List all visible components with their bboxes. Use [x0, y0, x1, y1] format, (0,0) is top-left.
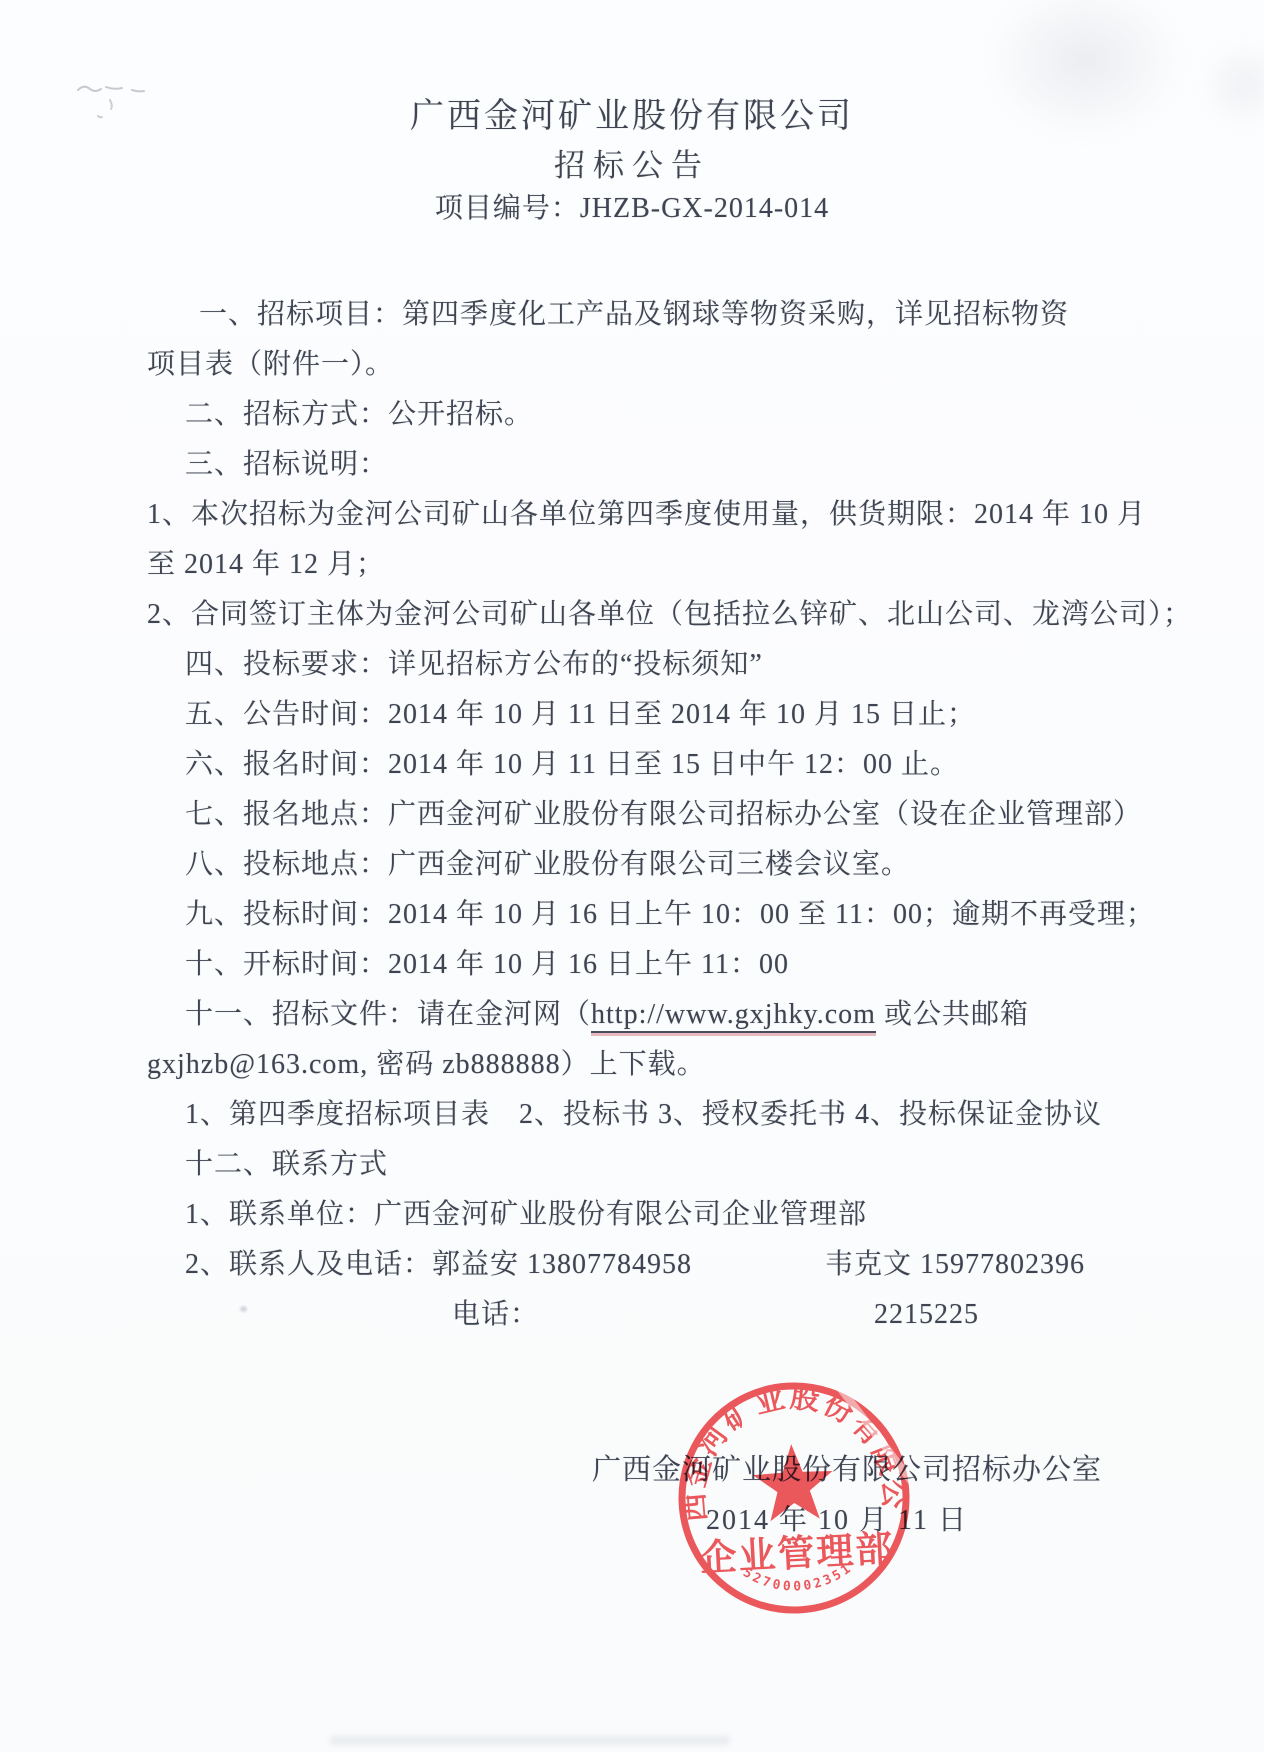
line-bid-time: 九、投标时间：2014 年 10 月 16 日上午 10：00 至 11：00；…: [147, 890, 1157, 940]
company-seal: 广西金河矿业股份有限公司 企业管理部 4527000023516: [663, 1367, 926, 1630]
line-note-1-cont: 至 2014 年 12 月；: [147, 540, 1157, 590]
line-contact-heading: 十二、联系方式: [147, 1140, 1157, 1190]
line-tender-project-cont: 项目表（附件一）。: [147, 340, 1157, 390]
website-url: http://www.gxjhky.com: [591, 999, 876, 1033]
company-title: 广西金河矿业股份有限公司: [0, 88, 1264, 137]
line-tender-method: 二、招标方式：公开招标。: [147, 390, 1157, 440]
contact-person-1: 2、联系人及电话：郭益安 13807784958: [185, 1249, 692, 1280]
line-registration-place: 七、报名地点：广西金河矿业股份有限公司招标办公室（设在企业管理部）: [147, 790, 1157, 840]
line-phone-fax: 电话：22152252215969传真：0778-2215981: [147, 1290, 1157, 1340]
line-announcement-time: 五、公告时间：2014 年 10 月 11 日至 2014 年 10 月 15 …: [147, 690, 1157, 740]
line-note-2: 2、合同签订主体为金河公司矿山各单位（包括拉么锌矿、北山公司、龙湾公司）；: [147, 590, 1157, 640]
line-bid-place: 八、投标地点：广西金河矿业股份有限公司三楼会议室。: [147, 840, 1157, 890]
document-title: 招标公告: [0, 140, 1264, 185]
line-note-1: 1、本次招标为金河公司矿山各单位第四季度使用量，供货期限：2014 年 10 月: [147, 490, 1157, 540]
line-email-password: gxjhzb@163.com, 密码 zb888888）上下载。: [147, 1040, 1157, 1090]
line-contact-unit: 1、联系单位：广西金河矿业股份有限公司企业管理部: [147, 1190, 1157, 1240]
line-bid-requirements: 四、投标要求：详见招标方公布的“投标须知”: [147, 640, 1157, 690]
phone-label: 电话：: [452, 1299, 539, 1330]
line-tender-project: 一、招标项目：第四季度化工产品及钢球等物资采购，详见招标物资: [147, 290, 1157, 340]
line-attachment-list: 1、第四季度招标项目表 2、投标书 3、授权委托书 4、投标保证金协议: [147, 1090, 1157, 1140]
phone-number-1: 2215225: [569, 1290, 979, 1340]
project-number: 项目编号：JHZB-GX-2014-014: [0, 186, 1264, 226]
contact-person-2: 韦克文 15977802396: [787, 1240, 1085, 1290]
line-tender-notes-heading: 三、招标说明：: [147, 440, 1157, 490]
line-opening-time: 十、开标时间：2014 年 10 月 16 日上午 11：00: [147, 940, 1157, 990]
seal-star: [751, 1442, 835, 1522]
tender-documents-suffix: 或公共邮箱: [876, 999, 1029, 1030]
line-registration-time: 六、报名时间：2014 年 10 月 11 日至 15 日中午 12：00 止。: [147, 740, 1157, 790]
phone-number-2: 2215969: [1024, 1290, 1264, 1340]
seal-department: 企业管理部: [698, 1528, 895, 1580]
line-contact-persons: 2、联系人及电话：郭益安 13807784958韦克文 15977802396: [147, 1240, 1157, 1290]
line-tender-documents: 十一、招标文件：请在金河网（http://www.gxjhky.com 或公共邮…: [147, 990, 1157, 1040]
tender-documents-prefix: 十一、招标文件：请在金河网（: [185, 999, 591, 1030]
document-body: 一、招标项目：第四季度化工产品及钢球等物资采购，详见招标物资 项目表（附件一）。…: [147, 290, 1157, 1340]
